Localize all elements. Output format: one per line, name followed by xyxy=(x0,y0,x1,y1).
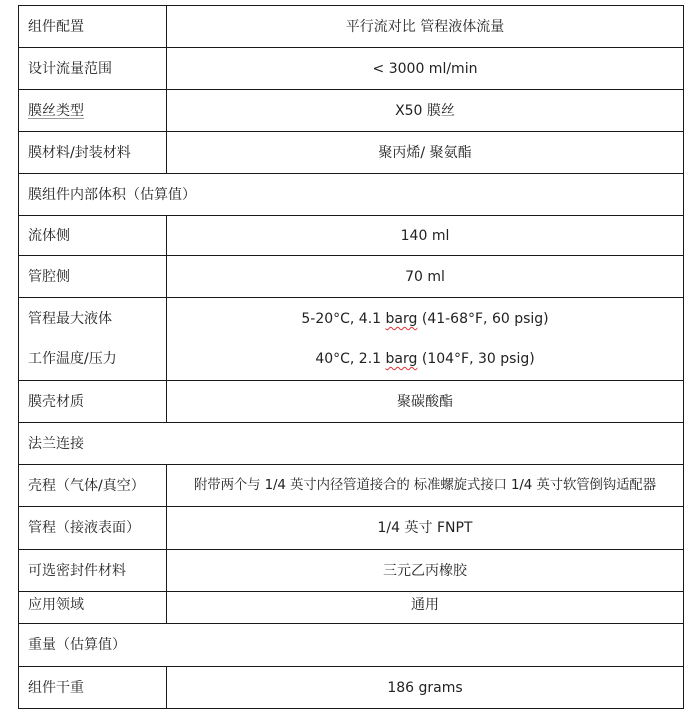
row-label-membrane-potting-material: 膜材料/封装材料 xyxy=(19,132,167,174)
row-label-module-configuration: 组件配置 xyxy=(19,6,167,48)
table-row: 组件干重 186 grams xyxy=(19,667,684,709)
value-text: (41-68°F, 60 psig) xyxy=(417,311,548,327)
table-row: 管腔侧 70 ml xyxy=(19,256,684,298)
row-value-design-flow-range: < 3000 ml/min xyxy=(167,48,684,90)
row-value-max-operating-temp-pressure: 5-20°C, 4.1 barg (41-68°F, 60 psig) 40°C… xyxy=(167,298,684,381)
section-header-connections: 法兰连接 xyxy=(19,423,684,465)
row-value-housing-material: 聚碳酸酯 xyxy=(167,381,684,423)
row-label-fiber-type: 膜丝类型 xyxy=(19,90,167,132)
table-row: 膜壳材质 聚碳酸酯 xyxy=(19,381,684,423)
row-label-optional-seal-material: 可选密封件材料 xyxy=(19,550,167,592)
section-row: 重量（估算值） xyxy=(19,624,684,667)
value-line-1: 5-20°C, 4.1 barg (41-68°F, 60 psig) xyxy=(167,310,683,328)
row-value-lumen-side-wetted: 1/4 英寸 FNPT xyxy=(167,507,684,550)
label-line-2: 工作温度/压力 xyxy=(28,350,166,368)
row-value-application: 通用 xyxy=(167,592,684,624)
table-row: 管程（接液表面） 1/4 英寸 FNPT xyxy=(19,507,684,550)
row-label-housing-material: 膜壳材质 xyxy=(19,381,167,423)
table-row: 管程最大液体 工作温度/压力 5-20°C, 4.1 barg (41-68°F… xyxy=(19,298,684,381)
row-value-fluid-side: 140 ml xyxy=(167,216,684,256)
table-row: 可选密封件材料 三元乙丙橡胶 xyxy=(19,550,684,592)
section-header-internal-volume: 膜组件内部体积（估算值） xyxy=(19,174,684,216)
row-label-application: 应用领域 xyxy=(19,592,167,624)
table-row: 组件配置 平行流对比 管程液体流量 xyxy=(19,6,684,48)
row-label-design-flow-range: 设计流量范围 xyxy=(19,48,167,90)
table-row: 应用领域 通用 xyxy=(19,592,684,624)
section-row: 法兰连接 xyxy=(19,423,684,465)
section-row: 膜组件内部体积（估算值） xyxy=(19,174,684,216)
row-label-lumen-side-wetted: 管程（接液表面） xyxy=(19,507,167,550)
spellcheck-flagged-word: barg xyxy=(386,311,418,327)
value-text: 40°C, 2.1 xyxy=(315,351,385,367)
table-row: 膜材料/封装材料 聚丙烯/ 聚氨酯 xyxy=(19,132,684,174)
specifications-table: 组件配置 平行流对比 管程液体流量 设计流量范围 < 3000 ml/min 膜… xyxy=(18,5,684,709)
table-row: 膜丝类型 X50 膜丝 xyxy=(19,90,684,132)
row-value-optional-seal-material: 三元乙丙橡胶 xyxy=(167,550,684,592)
row-label-dry-weight: 组件干重 xyxy=(19,667,167,709)
row-value-lumen-side: 70 ml xyxy=(167,256,684,298)
row-value-module-configuration: 平行流对比 管程液体流量 xyxy=(167,6,684,48)
row-label-fluid-side: 流体侧 xyxy=(19,216,167,256)
row-value-fiber-type: X50 膜丝 xyxy=(167,90,684,132)
table-row: 流体侧 140 ml xyxy=(19,216,684,256)
row-value-shell-side: 附带两个与 1/4 英寸内径管道接合的 标准螺旋式接口 1/4 英寸软管倒钩适配… xyxy=(167,465,684,507)
table-row: 设计流量范围 < 3000 ml/min xyxy=(19,48,684,90)
row-value-dry-weight: 186 grams xyxy=(167,667,684,709)
value-text: 5-20°C, 4.1 xyxy=(301,311,385,327)
label-line-1: 管程最大液体 xyxy=(28,310,166,328)
row-label-lumen-side: 管腔侧 xyxy=(19,256,167,298)
row-label-max-operating-temp-pressure: 管程最大液体 工作温度/压力 xyxy=(19,298,167,381)
spellcheck-flagged-word: barg xyxy=(386,351,418,367)
value-line-2: 40°C, 2.1 barg (104°F, 30 psig) xyxy=(167,350,683,368)
table-row: 壳程（气体/真空） 附带两个与 1/4 英寸内径管道接合的 标准螺旋式接口 1/… xyxy=(19,465,684,507)
row-value-membrane-potting-material: 聚丙烯/ 聚氨酯 xyxy=(167,132,684,174)
section-header-weight: 重量（估算值） xyxy=(19,624,684,667)
row-label-shell-side: 壳程（气体/真空） xyxy=(19,465,167,507)
value-text: (104°F, 30 psig) xyxy=(417,351,534,367)
